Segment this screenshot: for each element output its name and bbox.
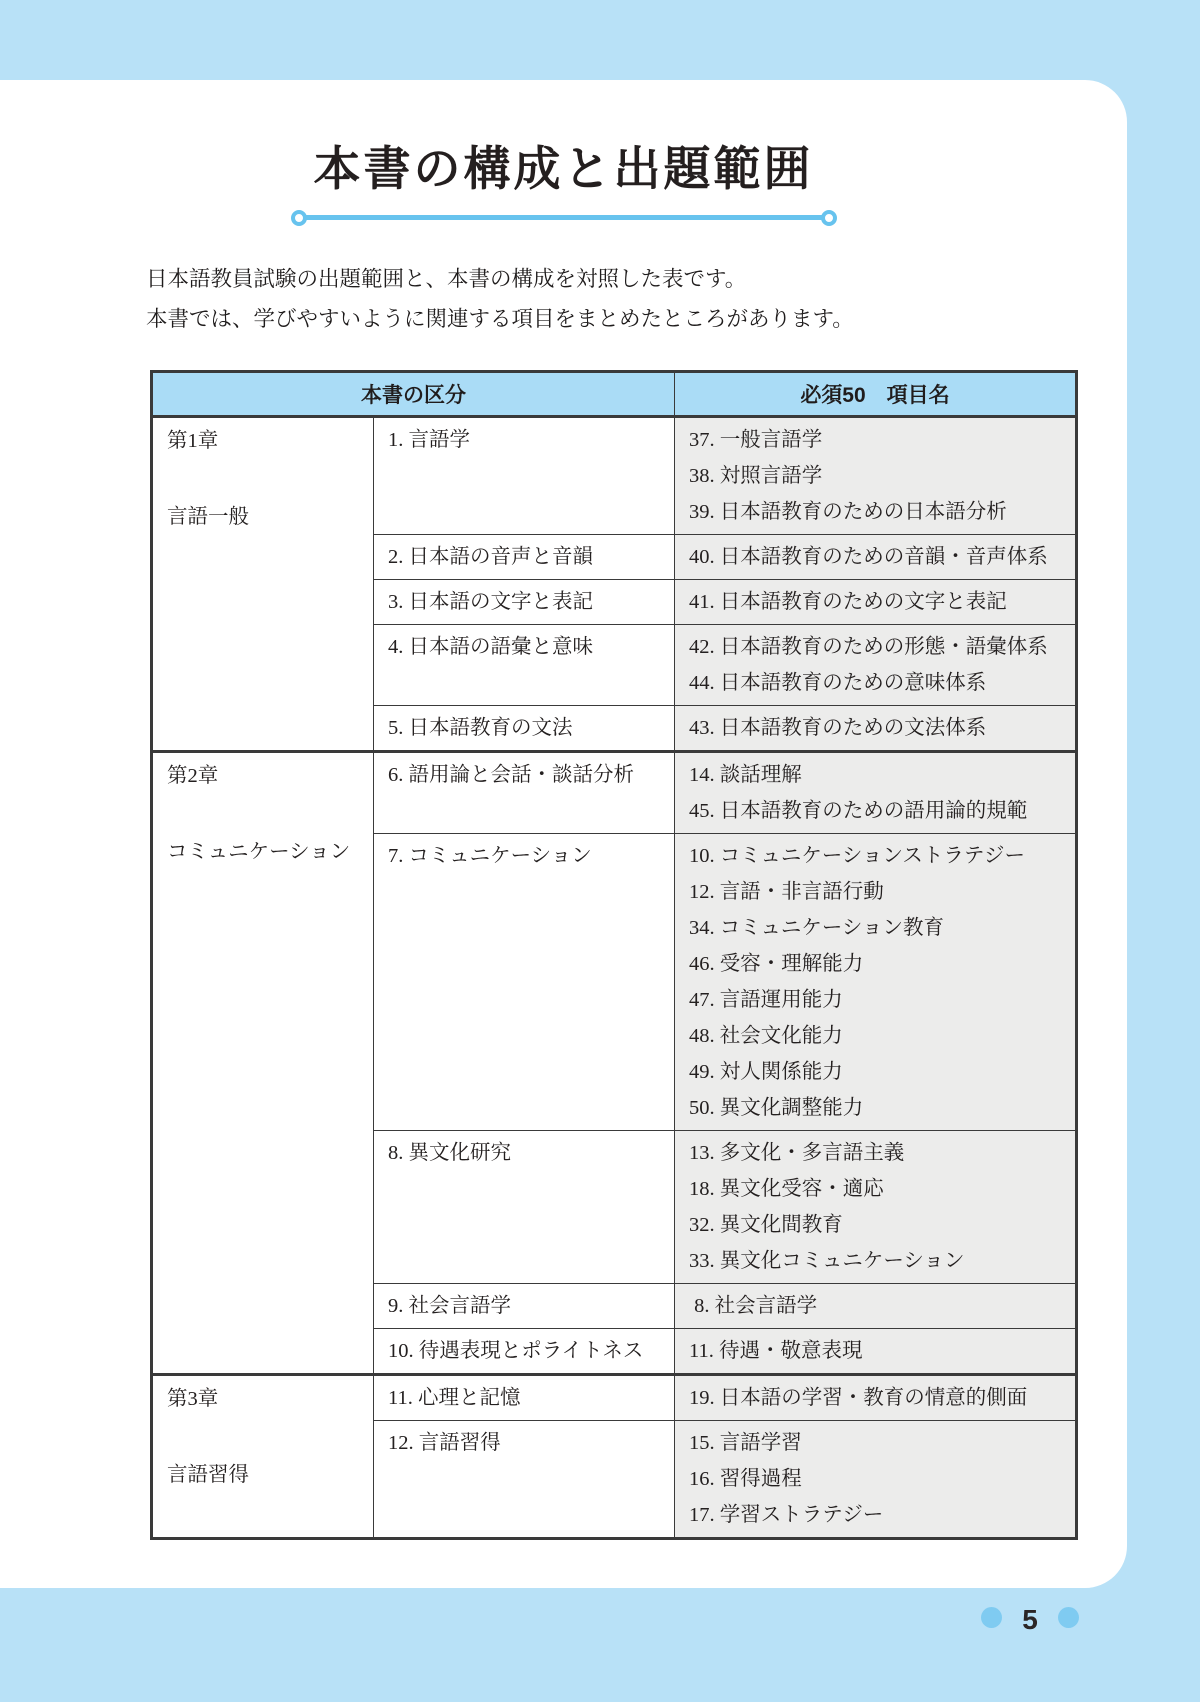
item-line: 46. 受容・理解能力 <box>689 946 1065 982</box>
section-cell: 1. 言語学 <box>374 416 675 534</box>
item-line: 44. 日本語教育のための意味体系 <box>689 665 1065 701</box>
rule-endpoint-right-icon <box>821 210 837 226</box>
footer-dot-left-icon <box>981 1607 1002 1628</box>
item-line: 49. 対人関係能力 <box>689 1054 1065 1090</box>
items-cell: 8. 社会言語学 <box>675 1283 1077 1328</box>
intro-line-1: 日本語教員試験の出題範囲と、本書の構成を対照した表です。 <box>146 260 1067 300</box>
page-number: 5 <box>1002 1604 1058 1636</box>
rule-endpoint-left-icon <box>291 210 307 226</box>
header-book-sections: 本書の区分 <box>152 371 675 416</box>
section-title: 2. 日本語の音声と音韻 <box>388 539 664 575</box>
item-line: 10. コミュニケーションストラテジー <box>689 838 1065 874</box>
section-title: 10. 待遇表現とポライトネス <box>388 1333 664 1369</box>
items-cell: 37. 一般言語学38. 対照言語学39. 日本語教育のための日本語分析 <box>675 416 1077 534</box>
section-cell: 8. 異文化研究 <box>374 1130 675 1283</box>
chapter-cell: 第2章コミュニケーション <box>152 751 374 1374</box>
section-title: 3. 日本語の文字と表記 <box>388 584 664 620</box>
item-line: 39. 日本語教育のための日本語分析 <box>689 494 1065 530</box>
section-cell: 10. 待遇表現とポライトネス <box>374 1328 675 1374</box>
structure-table: 本書の区分 必須50 項目名 第1章言語一般1. 言語学37. 一般言語学38.… <box>150 370 1078 1540</box>
items-cell: 41. 日本語教育のための文字と表記 <box>675 579 1077 624</box>
items-cell: 10. コミュニケーションストラテジー12. 言語・非言語行動34. コミュニケ… <box>675 833 1077 1130</box>
item-line: 12. 言語・非言語行動 <box>689 874 1065 910</box>
item-line: 32. 異文化間教育 <box>689 1207 1065 1243</box>
section-title: 1. 言語学 <box>388 422 664 458</box>
chapter-cell: 第1章言語一般 <box>152 416 374 751</box>
intro-line-2: 本書では、学びやすいように関連する項目をまとめたところがあります。 <box>146 300 1067 340</box>
chapter-line: コミュニケーション <box>167 833 363 871</box>
page-title: 本書の構成と出題範囲 <box>100 132 1027 199</box>
table-row: 第3章言語習得11. 心理と記憶19. 日本語の学習・教育の情意的側面 <box>152 1374 1077 1420</box>
item-line: 19. 日本語の学習・教育の情意的側面 <box>689 1380 1065 1416</box>
items-cell: 43. 日本語教育のための文法体系 <box>675 705 1077 751</box>
page-panel: 本書の構成と出題範囲 日本語教員試験の出題範囲と、本書の構成を対照した表です。 … <box>0 80 1127 1588</box>
items-cell: 13. 多文化・多言語主義18. 異文化受容・適応32. 異文化間教育33. 異… <box>675 1130 1077 1283</box>
item-line: 16. 習得過程 <box>689 1461 1065 1497</box>
table-row: 第1章言語一般1. 言語学37. 一般言語学38. 対照言語学39. 日本語教育… <box>152 416 1077 534</box>
item-line: 41. 日本語教育のための文字と表記 <box>689 584 1065 620</box>
item-line: 34. コミュニケーション教育 <box>689 910 1065 946</box>
section-cell: 12. 言語習得 <box>374 1420 675 1538</box>
section-title: 9. 社会言語学 <box>388 1288 664 1324</box>
items-cell: 42. 日本語教育のための形態・語彙体系44. 日本語教育のための意味体系 <box>675 624 1077 705</box>
title-rule-line <box>299 215 829 220</box>
chapter-cell: 第3章言語習得 <box>152 1374 374 1538</box>
section-cell: 2. 日本語の音声と音韻 <box>374 534 675 579</box>
item-line: 13. 多文化・多言語主義 <box>689 1135 1065 1171</box>
section-title: 4. 日本語の語彙と意味 <box>388 629 664 665</box>
item-line: 11. 待遇・敬意表現 <box>689 1333 1065 1369</box>
section-cell: 7. コミュニケーション <box>374 833 675 1130</box>
chapter-line: 第3章 <box>167 1380 363 1418</box>
section-title: 6. 語用論と会話・談話分析 <box>388 757 664 793</box>
section-title: 12. 言語習得 <box>388 1425 664 1461</box>
item-line: 14. 談話理解 <box>689 757 1065 793</box>
section-title: 5. 日本語教育の文法 <box>388 710 664 746</box>
section-cell: 5. 日本語教育の文法 <box>374 705 675 751</box>
footer-dot-right-icon <box>1058 1607 1079 1628</box>
section-cell: 11. 心理と記憶 <box>374 1374 675 1420</box>
items-cell: 19. 日本語の学習・教育の情意的側面 <box>675 1374 1077 1420</box>
item-line: 18. 異文化受容・適応 <box>689 1171 1065 1207</box>
items-cell: 40. 日本語教育のための音韻・音声体系 <box>675 534 1077 579</box>
table-row: 第2章コミュニケーション6. 語用論と会話・談話分析14. 談話理解45. 日本… <box>152 751 1077 833</box>
section-cell: 3. 日本語の文字と表記 <box>374 579 675 624</box>
section-title: 11. 心理と記憶 <box>388 1380 664 1416</box>
chapter-line: 第2章 <box>167 757 363 795</box>
item-line: 42. 日本語教育のための形態・語彙体系 <box>689 629 1065 665</box>
section-cell: 6. 語用論と会話・談話分析 <box>374 751 675 833</box>
item-line: 50. 異文化調整能力 <box>689 1090 1065 1126</box>
header-required-items: 必須50 項目名 <box>675 371 1077 416</box>
intro-text: 日本語教員試験の出題範囲と、本書の構成を対照した表です。 本書では、学びやすいよ… <box>146 260 1067 340</box>
items-cell: 14. 談話理解45. 日本語教育のための語用論的規範 <box>675 751 1077 833</box>
items-cell: 11. 待遇・敬意表現 <box>675 1328 1077 1374</box>
chapter-line: 言語一般 <box>167 498 363 536</box>
item-line: 43. 日本語教育のための文法体系 <box>689 710 1065 746</box>
item-line: 38. 対照言語学 <box>689 458 1065 494</box>
table-header-row: 本書の区分 必須50 項目名 <box>152 371 1077 416</box>
item-line: 40. 日本語教育のための音韻・音声体系 <box>689 539 1065 575</box>
item-line: 37. 一般言語学 <box>689 422 1065 458</box>
table-body: 第1章言語一般1. 言語学37. 一般言語学38. 対照言語学39. 日本語教育… <box>152 416 1077 1538</box>
chapter-line: 言語習得 <box>167 1456 363 1494</box>
section-cell: 9. 社会言語学 <box>374 1283 675 1328</box>
item-line: 33. 異文化コミュニケーション <box>689 1243 1065 1279</box>
item-line: 15. 言語学習 <box>689 1425 1065 1461</box>
item-line: 47. 言語運用能力 <box>689 982 1065 1018</box>
chapter-line: 第1章 <box>167 422 363 460</box>
section-title: 8. 異文化研究 <box>388 1135 664 1171</box>
page-footer: 5 <box>0 1604 1200 1644</box>
section-title: 7. コミュニケーション <box>388 838 664 874</box>
section-cell: 4. 日本語の語彙と意味 <box>374 624 675 705</box>
item-line: 48. 社会文化能力 <box>689 1018 1065 1054</box>
item-line: 17. 学習ストラテジー <box>689 1497 1065 1533</box>
items-cell: 15. 言語学習16. 習得過程17. 学習ストラテジー <box>675 1420 1077 1538</box>
item-line: 45. 日本語教育のための語用論的規範 <box>689 793 1065 829</box>
item-line: 8. 社会言語学 <box>689 1288 1065 1324</box>
